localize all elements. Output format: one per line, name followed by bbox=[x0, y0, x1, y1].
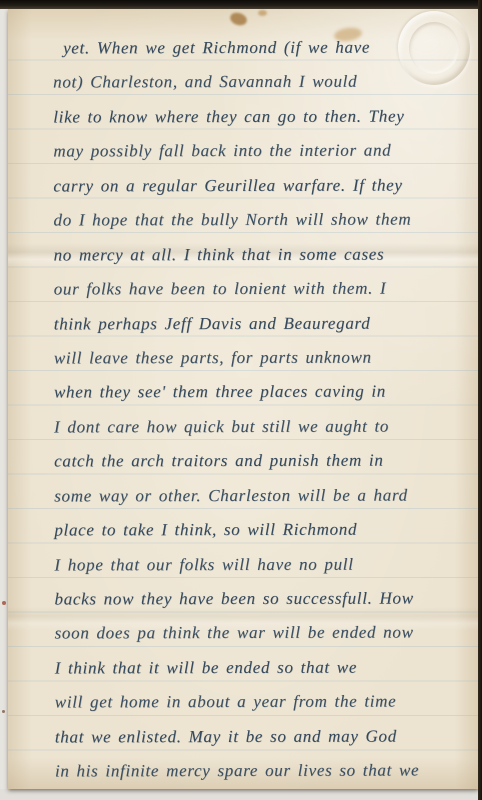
letter-line: will leave these parts, for parts unknow… bbox=[8, 340, 478, 376]
letter-line: soon does pa think the war will be ended… bbox=[9, 616, 478, 652]
letter-line: not) Charleston, and Savannah I would bbox=[8, 65, 477, 101]
letter-line: yet. When we get Richmond (if we have bbox=[8, 30, 477, 66]
scanned-letter-page: yet. When we get Richmond (if we havenot… bbox=[0, 0, 482, 800]
letter-line: I dont care how quick but still we aught… bbox=[8, 409, 478, 445]
letter-line: that we enlisted. May it be so and may G… bbox=[9, 719, 478, 755]
letter-line: in his infinite mercy spare our lives so… bbox=[9, 754, 478, 789]
letter-body: yet. When we get Richmond (if we havenot… bbox=[8, 30, 478, 789]
letter-line: think perhaps Jeff Davis and Beauregard bbox=[8, 306, 478, 342]
letter-line: like to know where they can go to then. … bbox=[8, 99, 477, 135]
letter-line: when they see' them three places caving … bbox=[8, 375, 478, 411]
foxing-stain bbox=[258, 10, 267, 16]
scan-margin-left bbox=[0, 0, 8, 800]
letter-line: carry on a regular Geurillea warfare. If… bbox=[8, 168, 477, 204]
letter-line: backs now they have been so successfull.… bbox=[8, 581, 478, 617]
scan-margin-bottom bbox=[0, 789, 482, 800]
foxing-stain bbox=[229, 11, 249, 28]
letter-line: will get home in about a year from the t… bbox=[9, 685, 478, 721]
dust-speck bbox=[2, 601, 6, 605]
letter-line: I think that it will be ended so that we bbox=[9, 650, 478, 686]
letter-line: place to take I think, so will Richmond bbox=[8, 513, 478, 549]
letter-line: I hope that our folks will have no pull bbox=[8, 547, 478, 583]
letter-line: no mercy at all. I think that in some ca… bbox=[8, 237, 478, 273]
letter-line: our folks have been to lonient with them… bbox=[8, 271, 478, 307]
scanner-edge-top bbox=[0, 0, 482, 9]
letter-line: catch the arch traitors and punish them … bbox=[8, 444, 478, 480]
scanner-edge-right bbox=[478, 0, 482, 800]
letter-line: may possibly fall back into the interior… bbox=[8, 134, 477, 170]
dust-speck bbox=[2, 710, 5, 713]
letter-line: do I hope that the bully North will show… bbox=[8, 203, 478, 239]
letter-paper: yet. When we get Richmond (if we havenot… bbox=[8, 9, 478, 789]
letter-line: some way or other. Charleston will be a … bbox=[8, 478, 478, 514]
